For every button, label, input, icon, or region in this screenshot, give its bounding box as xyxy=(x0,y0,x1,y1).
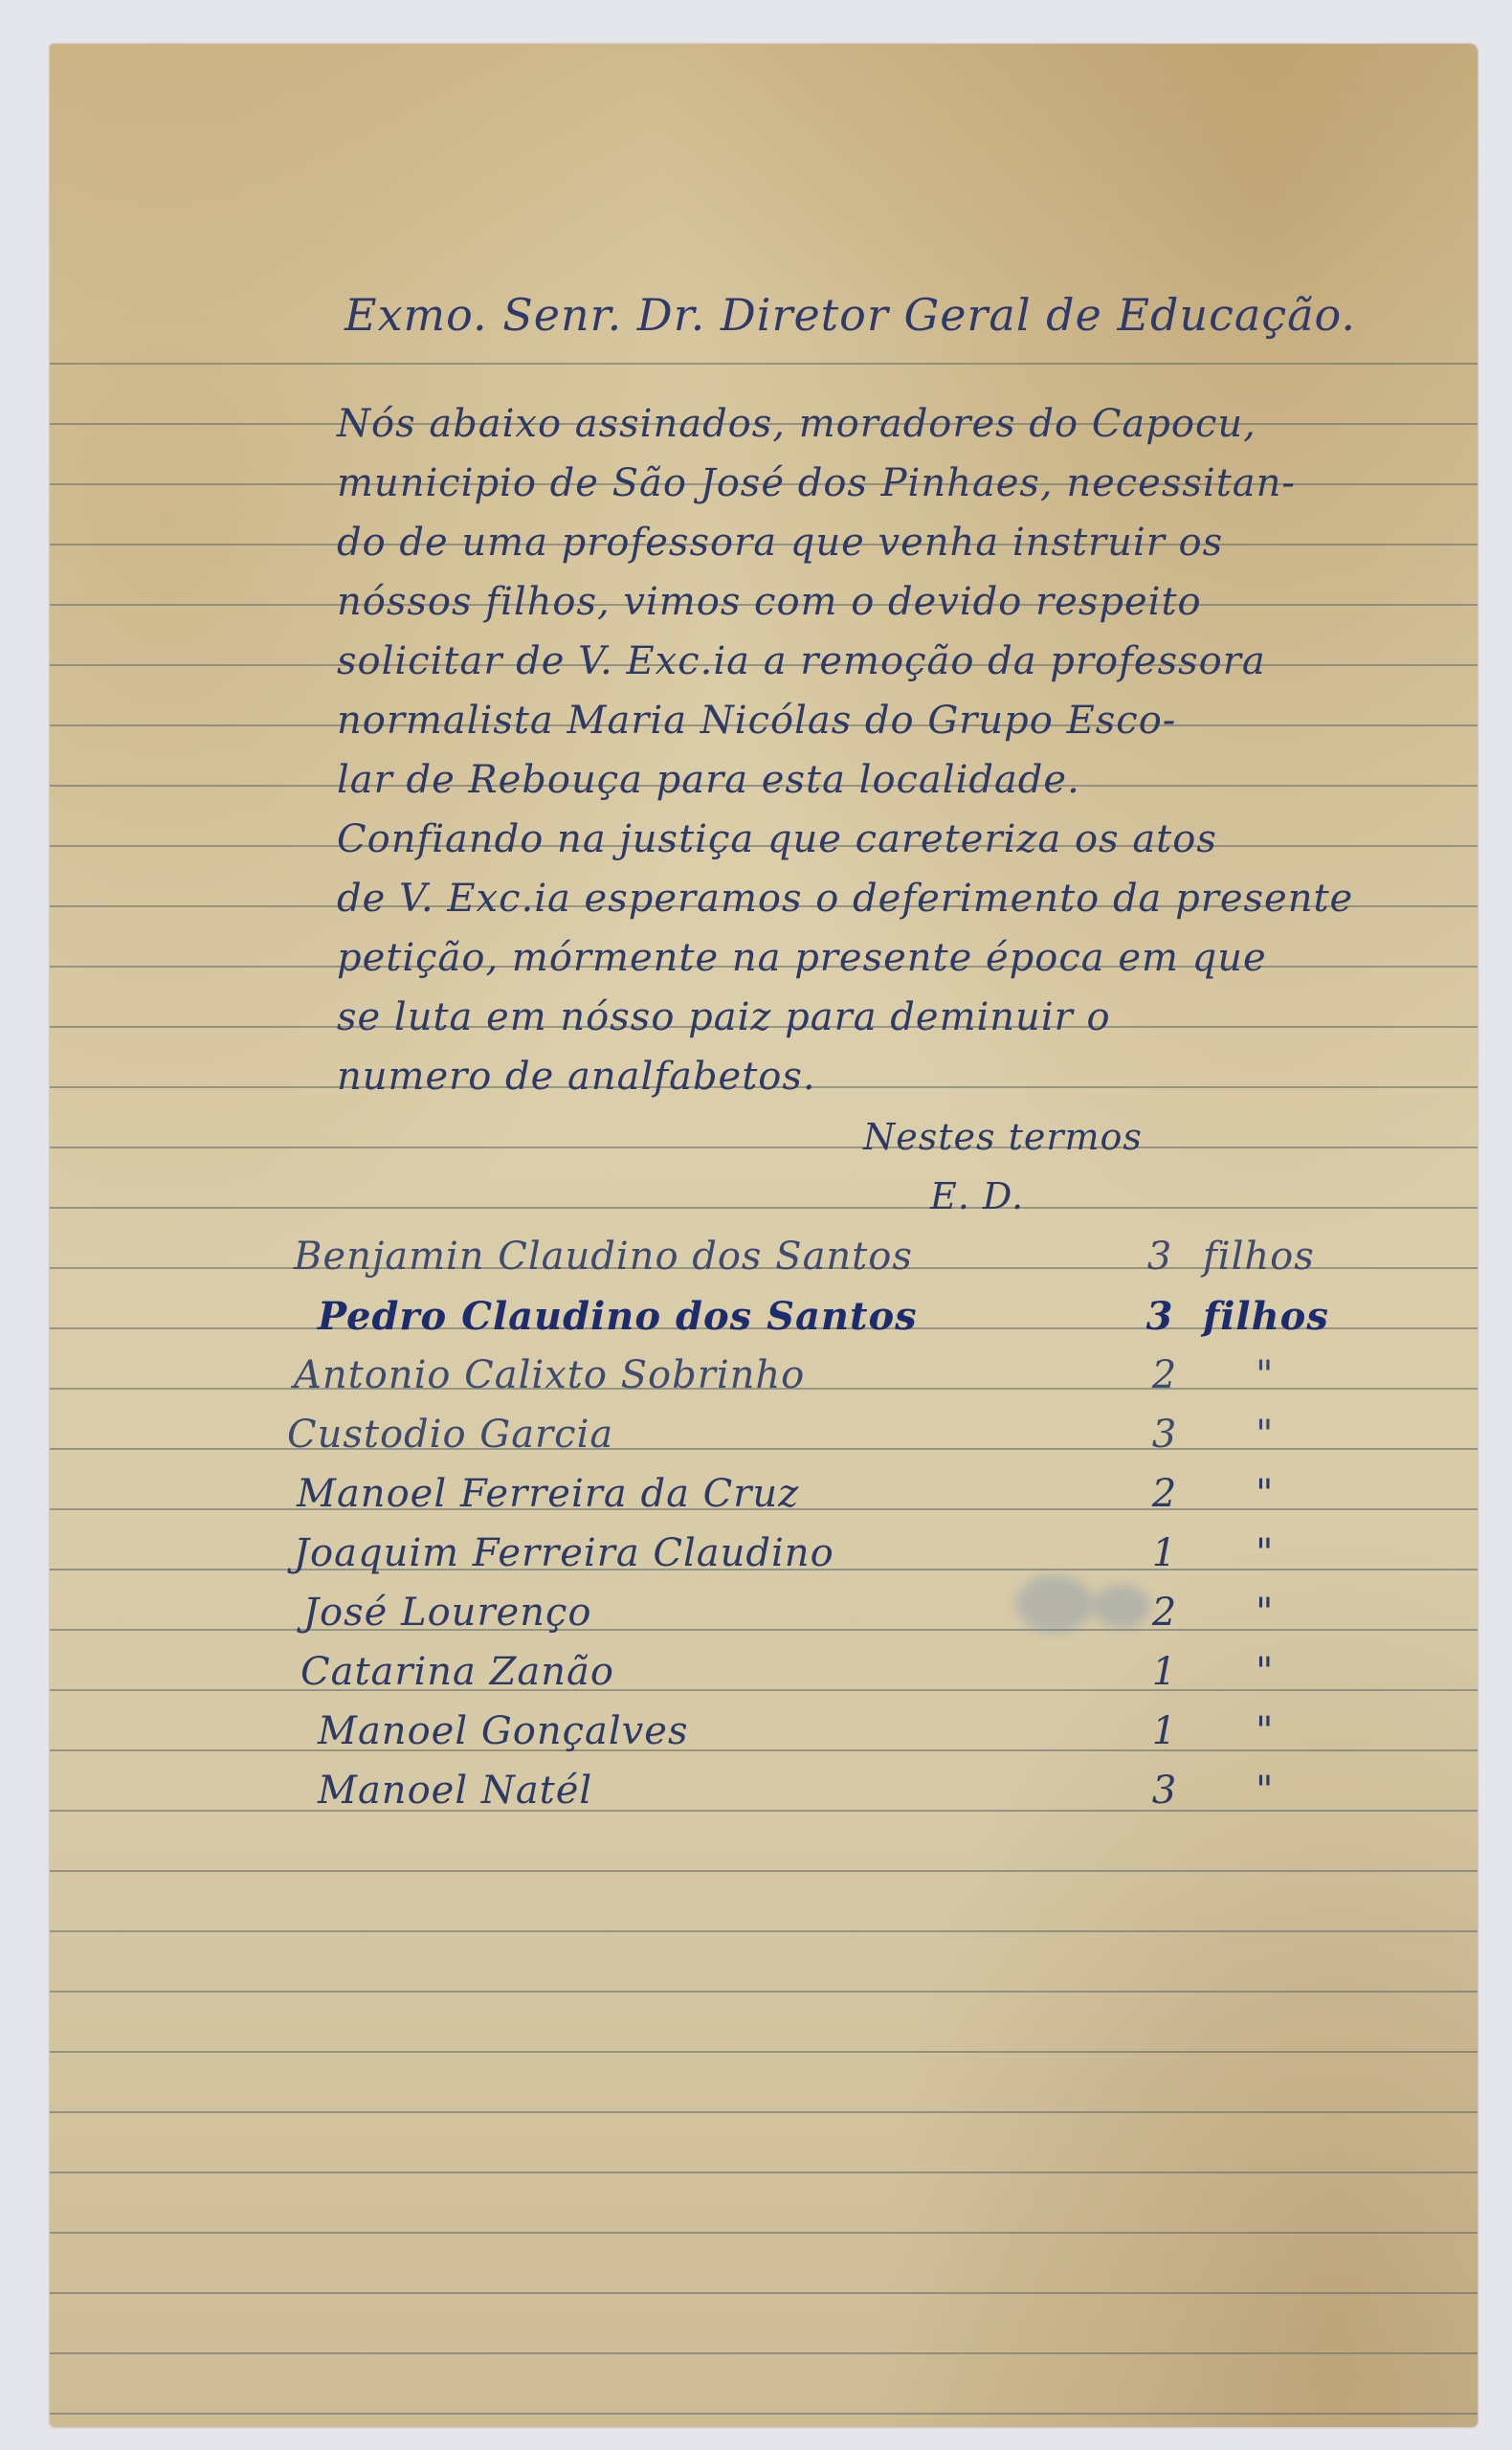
signatory-name: Manoel Ferreira da Cruz xyxy=(297,1472,799,1516)
children-unit: " xyxy=(1256,1591,1274,1635)
children-count: 3 xyxy=(1141,1413,1189,1457)
signatory-name: Catarina Zanão xyxy=(300,1650,614,1694)
children-count: 2 xyxy=(1141,1472,1189,1516)
paper-sheet: Exmo. Senr. Dr. Diretor Geral de Educaçã… xyxy=(50,44,1478,2427)
body-line: de V. Exc.ia esperamos o deferimento da … xyxy=(337,877,1353,921)
body-line: numero de analfabetos. xyxy=(337,1055,816,1099)
children-count: 1 xyxy=(1141,1709,1189,1753)
body-line: nóssos filhos, vimos com o devido respei… xyxy=(337,580,1202,624)
salutation: Exmo. Senr. Dr. Diretor Geral de Educaçã… xyxy=(345,289,1356,341)
children-count: 3 xyxy=(1136,1235,1184,1279)
body-line: normalista Maria Nicólas do Grupo Esco- xyxy=(337,699,1176,743)
children-count: 3 xyxy=(1136,1294,1184,1339)
children-unit: " xyxy=(1256,1650,1274,1694)
children-count: 3 xyxy=(1141,1769,1189,1813)
signatory-name: Antonio Calixto Sobrinho xyxy=(294,1353,805,1397)
children-unit: " xyxy=(1256,1413,1274,1457)
children-count: 2 xyxy=(1141,1353,1189,1397)
body-line: se luta em nósso paiz para deminuir o xyxy=(337,995,1111,1039)
body-line: do de uma professora que venha instruir … xyxy=(337,521,1223,565)
signatory-name: Manoel Gonçalves xyxy=(318,1709,688,1753)
signatory-name: Benjamin Claudino dos Santos xyxy=(294,1235,913,1279)
body-line: Nós abaixo assinados, moradores do Capoc… xyxy=(337,402,1256,446)
body-line: municipio de São José dos Pinhaes, neces… xyxy=(337,461,1296,505)
children-count: 1 xyxy=(1141,1531,1189,1575)
signatory-name: José Lourenço xyxy=(303,1591,591,1635)
signatory-name: Pedro Claudino dos Santos xyxy=(318,1294,918,1339)
closing-line-1: Nestes termos xyxy=(863,1116,1143,1158)
signatory-name: Joaquim Ferreira Claudino xyxy=(294,1531,834,1575)
body-line: petição, mórmente na presente época em q… xyxy=(337,936,1267,980)
signatory-name: Custodio Garcia xyxy=(287,1413,613,1457)
children-count: 2 xyxy=(1141,1591,1189,1635)
children-count: 1 xyxy=(1141,1650,1189,1694)
body-line: lar de Rebouça para esta localidade. xyxy=(337,758,1080,802)
closing-line-2: E. D. xyxy=(930,1175,1024,1217)
children-unit: " xyxy=(1256,1769,1274,1813)
children-unit: " xyxy=(1256,1353,1274,1397)
body-line: Confiando na justiça que careteriza os a… xyxy=(337,817,1217,861)
children-unit: filhos xyxy=(1203,1235,1315,1279)
children-unit: " xyxy=(1256,1709,1274,1753)
signatory-name: Manoel Natél xyxy=(318,1769,592,1813)
children-unit: " xyxy=(1256,1472,1274,1516)
ink-blot xyxy=(1016,1575,1093,1633)
children-unit: filhos xyxy=(1203,1294,1329,1339)
children-unit: " xyxy=(1256,1531,1274,1575)
body-line: solicitar de V. Exc.ia a remoção da prof… xyxy=(337,639,1266,683)
